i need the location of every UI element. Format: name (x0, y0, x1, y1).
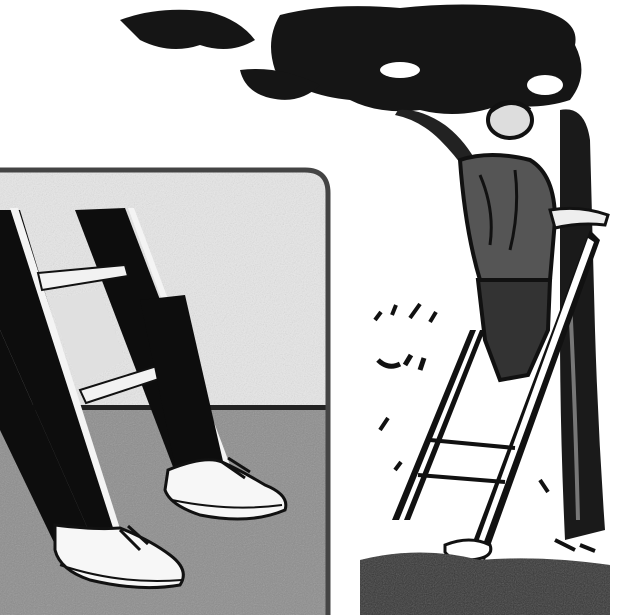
tree-foliage (120, 4, 581, 114)
illustration (0, 0, 617, 615)
inset-panel (0, 168, 330, 615)
